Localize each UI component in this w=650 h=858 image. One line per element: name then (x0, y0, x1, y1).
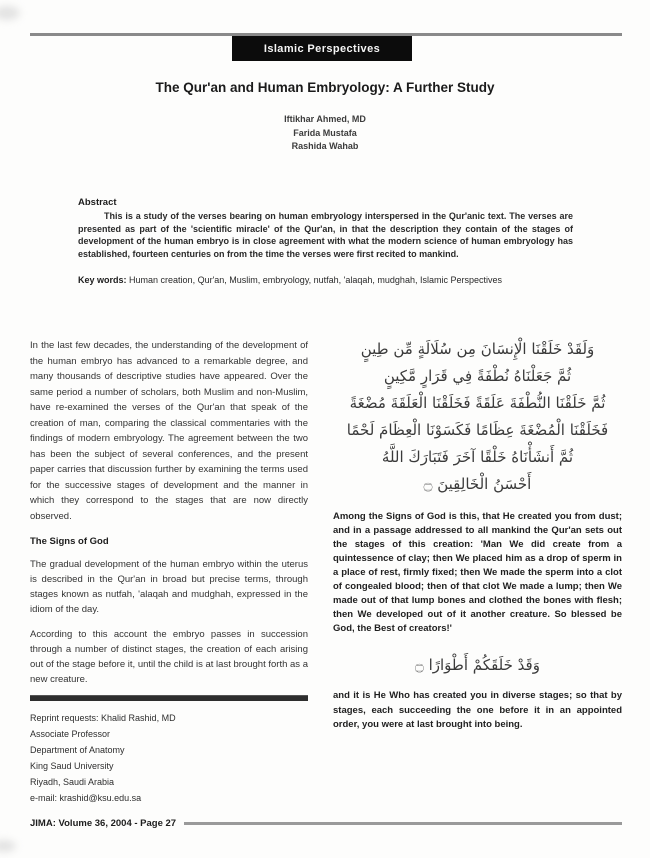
correspondence-line: Department of Anatomy (30, 742, 308, 758)
right-column: وَلَقَدْ خَلَقْنَا الْإِنسَانَ مِن سُلَا… (333, 336, 622, 733)
verse-translation-2: and it is He Who has created you in dive… (333, 689, 622, 733)
correspondence-line: Riyadh, Saudi Arabia (30, 774, 308, 790)
author-line: Farida Mustafa (0, 127, 650, 141)
arabic-verse-line: فَخَلَقْنَا الْمُضْغَةَ عِظَامًا فَكَسَو… (333, 417, 622, 444)
article-title: The Qur'an and Human Embryology: A Furth… (0, 80, 650, 95)
scanned-article-page: Islamic Perspectives The Qur'an and Huma… (0, 0, 650, 858)
keywords-text: Human creation, Qur'an, Muslim, embryolo… (129, 275, 502, 285)
footer-citation: JIMA: Volume 36, 2004 - Page 27 (30, 818, 176, 829)
arabic-verse-line: ثُمَّ خَلَقْنَا النُّطْفَةَ عَلَقَةً فَخ… (333, 390, 622, 417)
section-subheading: The Signs of God (30, 536, 308, 547)
correspondence-line: e-mail: krashid@ksu.edu.sa (30, 790, 308, 806)
arabic-verse-line: ثُمَّ أَنشَأْنَاهُ خَلْقًا آخَرَ فَتَبَا… (333, 444, 622, 471)
correspondence-line: Associate Professor (30, 726, 308, 742)
arabic-verse-line: أَحْسَنُ الْخَالِقِينَ ۝ (333, 471, 622, 498)
left-column: In the last few decades, the understandi… (30, 338, 308, 806)
verse-translation: Among the Signs of God is this, that He … (333, 510, 622, 636)
body-paragraph: The gradual development of the human emb… (30, 557, 308, 617)
keywords-line: Key words: Human creation, Qur'an, Musli… (78, 274, 573, 287)
section-badge: Islamic Perspectives (232, 36, 412, 61)
author-line: Rashida Wahab (0, 140, 650, 154)
correspondence-line: King Saud University (30, 758, 308, 774)
footer-rule (184, 822, 622, 825)
scan-artifact (0, 6, 20, 20)
arabic-verse-line: ثُمَّ جَعَلْنَاهُ نُطْفَةً فِي قَرَارٍ م… (333, 363, 622, 390)
scan-artifact (0, 840, 16, 852)
intro-paragraph: In the last few decades, the understandi… (30, 338, 308, 524)
arabic-verse-block: وَلَقَدْ خَلَقْنَا الْإِنسَانَ مِن سُلَا… (333, 336, 622, 498)
arabic-verse-single: وَقَدْ خَلَقَكُمْ أَطْوَارًا ۝ (333, 652, 622, 679)
author-list: Iftikhar Ahmed, MD Farida Mustafa Rashid… (0, 113, 650, 154)
divider-rule (30, 695, 308, 701)
arabic-verse-line: وَلَقَدْ خَلَقْنَا الْإِنسَانَ مِن سُلَا… (333, 336, 622, 363)
correspondence-block: Reprint requests: Khalid Rashid, MD Asso… (30, 710, 308, 806)
abstract-section: Abstract This is a study of the verses b… (78, 197, 573, 287)
keywords-label: Key words: (78, 275, 127, 285)
body-paragraph: According to this account the embryo pas… (30, 627, 308, 687)
correspondence-line: Reprint requests: Khalid Rashid, MD (30, 710, 308, 726)
abstract-heading: Abstract (78, 197, 573, 208)
abstract-body: This is a study of the verses bearing on… (78, 210, 573, 260)
author-line: Iftikhar Ahmed, MD (0, 113, 650, 127)
page-footer: JIMA: Volume 36, 2004 - Page 27 (30, 818, 622, 829)
